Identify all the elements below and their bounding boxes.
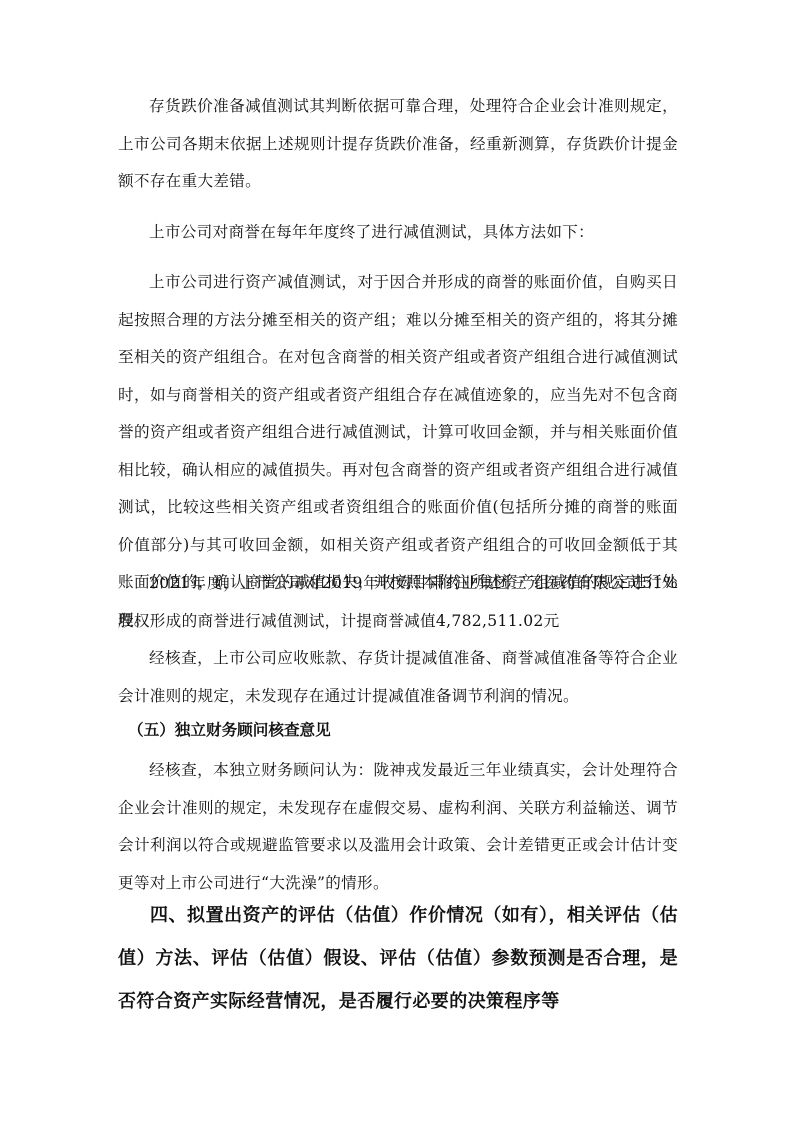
paragraph-verification: 经核查，上市公司应收账款、存货计提减值准备、商誉减值准备等符合企业会计准则的规定… [118,640,678,715]
paragraph-inventory-impairment: 存货跌价准备减值测试其判断依据可靠合理，处理符合企业会计准则规定，上市公司各期末… [118,88,678,201]
section-heading-advisor-opinion: （五）独立财务顾问核查意见 [128,718,331,740]
document-page: 存货跌价准备减值测试其判断依据可靠合理，处理符合企业会计准则规定，上市公司各期末… [0,0,793,1122]
section-heading-asset-valuation: 四、拟置出资产的评估（估值）作价情况（如有），相关评估（估值）方法、评估（估值）… [118,894,678,1023]
paragraph-goodwill-intro: 上市公司对商誉在每年年度终了进行减值测试，具体方法如下： [118,214,678,252]
paragraph-goodwill-2021: 2021年度，上市公司对2019年收购甘肃药业集团三元医药有限公司51%股权形成… [118,565,678,640]
paragraph-advisor-opinion: 经核查，本独立财务顾问认为：陇神戎发最近三年业绩真实，会计处理符合企业会计准则的… [118,752,678,902]
